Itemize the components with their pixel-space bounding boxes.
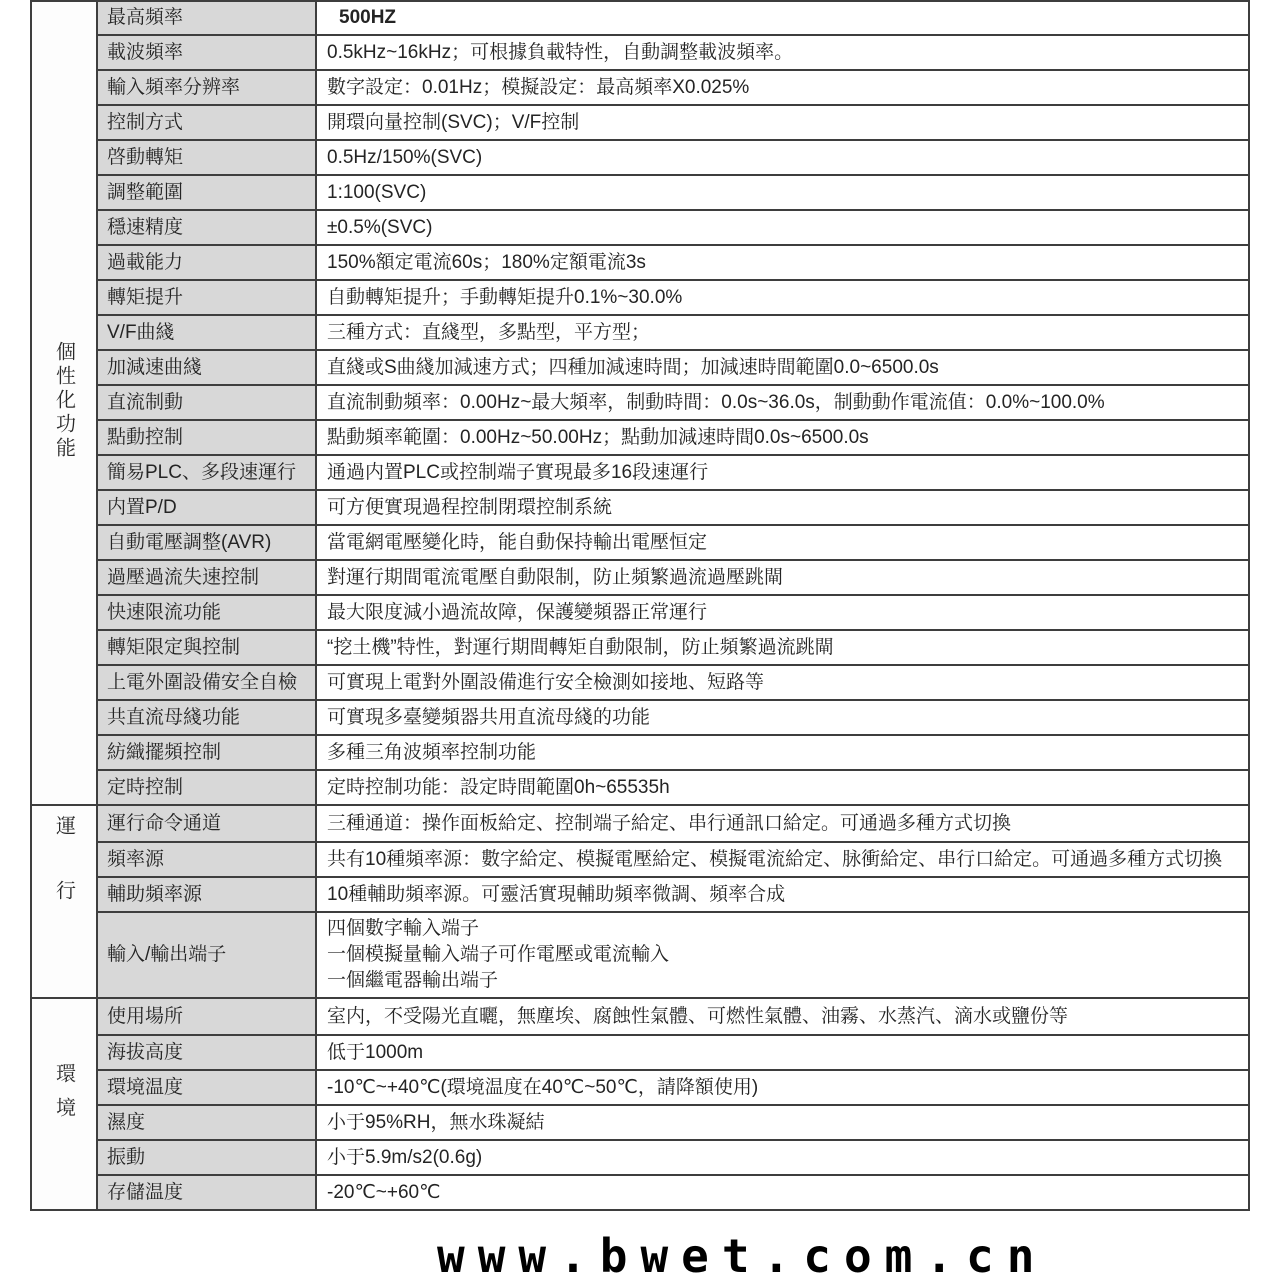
spec-value: 開環向量控制(SVC)；V/F控制	[327, 110, 579, 136]
spec-row: 定時控制定時控制功能：設定時間範圍0h~65535h	[98, 769, 1248, 804]
spec-label-cell: 快速限流功能	[98, 596, 317, 629]
spec-value-cell: 多種三角波頻率控制功能	[317, 736, 1248, 769]
spec-row: 啓動轉矩0.5Hz/150%(SVC)	[98, 139, 1248, 174]
spec-row: 簡易PLC、多段速運行通過内置PLC或控制端子實現最多16段速運行	[98, 454, 1248, 489]
spec-label-cell: 振動	[98, 1141, 317, 1174]
spec-label-cell: 過壓過流失速控制	[98, 561, 317, 594]
spec-label: 上電外圍設備安全自檢	[107, 672, 297, 694]
spec-value-cell: 10種輔助頻率源。可靈活實現輔助頻率微調、頻率合成	[317, 878, 1248, 911]
spec-label-cell: 定時控制	[98, 771, 317, 804]
spec-row: 載波頻率0.5kHz~16kHz；可根據負載特性，自動調整載波頻率。	[98, 34, 1248, 69]
spec-value: 可實現多臺變頻器共用直流母綫的功能	[327, 705, 650, 731]
spec-label-cell: 頻率源	[98, 843, 317, 876]
spec-label-cell: 使用場所	[98, 999, 317, 1034]
spec-row: 使用場所室内，不受陽光直曬，無塵埃、腐蝕性氣體、可燃性氣體、油霧、水蒸汽、滴水或…	[98, 999, 1248, 1034]
spec-label: 自動電壓調整(AVR)	[107, 532, 271, 554]
spec-value-cell: 低于1000m	[317, 1036, 1248, 1069]
category-label: 環境	[50, 1063, 79, 1131]
spec-label: 轉矩限定與控制	[107, 637, 240, 659]
spec-value: -20℃~+60℃	[327, 1180, 440, 1206]
spec-label: 加減速曲綫	[107, 357, 202, 379]
spec-row: 轉矩提升自動轉矩提升；手動轉矩提升0.1%~30.0%	[98, 279, 1248, 314]
spec-value: 點動頻率範圍：0.00Hz~50.00Hz；點動加減速時間0.0s~6500.0…	[327, 425, 869, 451]
spec-label-cell: 最高頻率	[98, 2, 317, 34]
spec-label-cell: 過載能力	[98, 246, 317, 279]
spec-label: 使用場所	[107, 1006, 183, 1028]
spec-value-cell: -20℃~+60℃	[317, 1176, 1248, 1209]
spec-value: 多種三角波頻率控制功能	[327, 740, 536, 766]
spec-row: 輸入頻率分辨率數字設定：0.01Hz；模擬設定：最高頻率X0.025%	[98, 69, 1248, 104]
spec-label-cell: 穩速精度	[98, 211, 317, 244]
spec-value-cell: 直綫或S曲綫加減速方式；四種加減速時間；加減速時間範圍0.0~6500.0s	[317, 351, 1248, 384]
spec-value-cell: 最大限度減小過流故障，保護變頻器正常運行	[317, 596, 1248, 629]
spec-label-cell: 紡織擺頻控制	[98, 736, 317, 769]
spec-value-cell: 小于95%RH，無水珠凝結	[317, 1106, 1248, 1139]
spec-value: 四個數字輸入端子 一個模擬量輸入端子可作電壓或電流輸入 一個繼電器輸出端子	[327, 916, 669, 994]
spec-section: 運行運行命令通道三種通道：操作面板給定、控制端子給定、串行通訊口給定。可通過多種…	[32, 804, 1248, 997]
spec-value: 數字設定：0.01Hz；模擬設定：最高頻率X0.025%	[327, 75, 749, 101]
spec-label: 輸入/輸出端子	[107, 944, 226, 966]
spec-label: 直流制動	[107, 392, 183, 414]
spec-label-cell: 環境温度	[98, 1071, 317, 1104]
spec-row: 直流制動直流制動頻率：0.00Hz~最大頻率，制動時間：0.0s~36.0s，制…	[98, 384, 1248, 419]
spec-label: 紡織擺頻控制	[107, 742, 221, 764]
spec-table: 個性化功能最高頻率500HZ載波頻率0.5kHz~16kHz；可根據負載特性，自…	[30, 0, 1250, 1211]
spec-label-cell: 濕度	[98, 1106, 317, 1139]
spec-value-cell: 點動頻率範圍：0.00Hz~50.00Hz；點動加減速時間0.0s~6500.0…	[317, 421, 1248, 454]
spec-row: 快速限流功能最大限度減小過流故障，保護變頻器正常運行	[98, 594, 1248, 629]
spec-value: 可實現上電對外圍設備進行安全檢測如接地、短路等	[327, 670, 764, 696]
spec-row: 環境温度-10℃~+40℃(環境温度在40℃~50℃，請降額使用)	[98, 1069, 1248, 1104]
spec-row: 點動控制點動頻率範圍：0.00Hz~50.00Hz；點動加減速時間0.0s~65…	[98, 419, 1248, 454]
spec-label: 簡易PLC、多段速運行	[107, 462, 296, 484]
spec-value: 通過内置PLC或控制端子實現最多16段速運行	[327, 460, 708, 486]
spec-label: 共直流母綫功能	[107, 707, 240, 729]
spec-row: 共直流母綫功能可實現多臺變頻器共用直流母綫的功能	[98, 699, 1248, 734]
spec-value-cell: 四個數字輸入端子 一個模擬量輸入端子可作電壓或電流輸入 一個繼電器輸出端子	[317, 913, 1248, 997]
spec-row: 轉矩限定與控制“挖土機”特性，對運行期間轉矩自動限制，防止頻繁過流跳閘	[98, 629, 1248, 664]
spec-label: 定時控制	[107, 777, 183, 799]
spec-value-cell: 定時控制功能：設定時間範圍0h~65535h	[317, 771, 1248, 804]
spec-value-cell: 0.5kHz~16kHz；可根據負載特性，自動調整載波頻率。	[317, 36, 1248, 69]
spec-value: 共有10種頻率源：數字給定、模擬電壓給定、模擬電流給定、脉衝給定、串行口給定。可…	[327, 847, 1222, 873]
spec-row: 穩速精度±0.5%(SVC)	[98, 209, 1248, 244]
spec-value-cell: “挖土機”特性，對運行期間轉矩自動限制，防止頻繁過流跳閘	[317, 631, 1248, 664]
spec-value: 150%額定電流60s；180%定額電流3s	[327, 250, 646, 276]
spec-row: 輸入/輸出端子四個數字輸入端子 一個模擬量輸入端子可作電壓或電流輸入 一個繼電器…	[98, 911, 1248, 997]
spec-row: 過壓過流失速控制對運行期間電流電壓自動限制，防止頻繁過流過壓跳閘	[98, 559, 1248, 594]
spec-value: 當電網電壓變化時，能自動保持輸出電壓恒定	[327, 530, 707, 556]
spec-value: 小于5.9m/s2(0.6g)	[327, 1145, 482, 1171]
spec-value-cell: -10℃~+40℃(環境温度在40℃~50℃，請降額使用)	[317, 1071, 1248, 1104]
spec-label-cell: 存儲温度	[98, 1176, 317, 1209]
spec-value: 1:100(SVC)	[327, 180, 426, 206]
spec-value: 對運行期間電流電壓自動限制，防止頻繁過流過壓跳閘	[327, 565, 783, 591]
spec-label: 輔助頻率源	[107, 884, 202, 906]
spec-value-cell: 三種通道：操作面板給定、控制端子給定、串行通訊口給定。可通過多種方式切換	[317, 806, 1248, 841]
spec-row: 振動小于5.9m/s2(0.6g)	[98, 1139, 1248, 1174]
spec-row: 海拔高度低于1000m	[98, 1034, 1248, 1069]
spec-value-cell: 三種方式：直綫型，多點型，平方型；	[317, 316, 1248, 349]
spec-label: V/F曲綫	[107, 322, 175, 344]
spec-label-cell: 轉矩提升	[98, 281, 317, 314]
spec-label: 啓動轉矩	[107, 147, 183, 169]
spec-value: 最大限度減小過流故障，保護變頻器正常運行	[327, 600, 707, 626]
category-label: 運行	[50, 815, 79, 945]
watermark: www.bwet.com.cn	[437, 1229, 1047, 1283]
spec-label: 環境温度	[107, 1077, 183, 1099]
spec-label-cell: 上電外圍設備安全自檢	[98, 666, 317, 699]
spec-value: ±0.5%(SVC)	[327, 215, 432, 241]
spec-value-cell: 數字設定：0.01Hz；模擬設定：最高頻率X0.025%	[317, 71, 1248, 104]
spec-label: 轉矩提升	[107, 287, 183, 309]
spec-label-cell: 調整範圍	[98, 176, 317, 209]
spec-label-cell: 啓動轉矩	[98, 141, 317, 174]
spec-value: 三種通道：操作面板給定、控制端子給定、串行通訊口給定。可通過多種方式切換	[327, 811, 1011, 837]
spec-label: 過壓過流失速控制	[107, 567, 259, 589]
spec-value-cell: 小于5.9m/s2(0.6g)	[317, 1141, 1248, 1174]
spec-value-cell: 1:100(SVC)	[317, 176, 1248, 209]
category-label: 個性化功能	[50, 341, 79, 461]
spec-label: 最高頻率	[107, 7, 183, 29]
spec-value: 可方便實現過程控制閉環控制系統	[327, 495, 612, 521]
spec-value: 三種方式：直綫型，多點型，平方型；	[327, 320, 650, 346]
spec-row: 内置P/D可方便實現過程控制閉環控制系統	[98, 489, 1248, 524]
spec-value: 低于1000m	[327, 1040, 423, 1066]
spec-label: 頻率源	[107, 849, 164, 871]
spec-value-cell: 室内，不受陽光直曬，無塵埃、腐蝕性氣體、可燃性氣體、油霧、水蒸汽、滴水或鹽份等	[317, 999, 1248, 1034]
spec-row: 存儲温度-20℃~+60℃	[98, 1174, 1248, 1209]
spec-value: 0.5kHz~16kHz；可根據負載特性，自動調整載波頻率。	[327, 40, 793, 66]
spec-value: 自動轉矩提升；手動轉矩提升0.1%~30.0%	[327, 285, 682, 311]
spec-value: -10℃~+40℃(環境温度在40℃~50℃，請降額使用)	[327, 1075, 758, 1101]
spec-value-cell: 直流制動頻率：0.00Hz~最大頻率，制動時間：0.0s~36.0s，制動動作電…	[317, 386, 1248, 419]
spec-section: 環境使用場所室内，不受陽光直曬，無塵埃、腐蝕性氣體、可燃性氣體、油霧、水蒸汽、滴…	[32, 997, 1248, 1209]
spec-label: 運行命令通道	[107, 813, 221, 835]
spec-label: 海拔高度	[107, 1042, 183, 1064]
spec-label-cell: 海拔高度	[98, 1036, 317, 1069]
spec-row: 上電外圍設備安全自檢可實現上電對外圍設備進行安全檢測如接地、短路等	[98, 664, 1248, 699]
spec-value-cell: 對運行期間電流電壓自動限制，防止頻繁過流過壓跳閘	[317, 561, 1248, 594]
spec-value-cell: 開環向量控制(SVC)；V/F控制	[317, 106, 1248, 139]
spec-value: 定時控制功能：設定時間範圍0h~65535h	[327, 775, 670, 801]
spec-row: 紡織擺頻控制多種三角波頻率控制功能	[98, 734, 1248, 769]
spec-label-cell: 控制方式	[98, 106, 317, 139]
spec-label-cell: 輔助頻率源	[98, 878, 317, 911]
spec-value: 小于95%RH，無水珠凝結	[327, 1110, 544, 1136]
category-cell: 運行	[32, 806, 98, 997]
category-cell: 個性化功能	[32, 2, 98, 804]
spec-value: 10種輔助頻率源。可靈活實現輔助頻率微調、頻率合成	[327, 882, 785, 908]
spec-row: 頻率源共有10種頻率源：數字給定、模擬電壓給定、模擬電流給定、脉衝給定、串行口給…	[98, 841, 1248, 876]
spec-value-cell: 通過内置PLC或控制端子實現最多16段速運行	[317, 456, 1248, 489]
spec-value-cell: 共有10種頻率源：數字給定、模擬電壓給定、模擬電流給定、脉衝給定、串行口給定。可…	[317, 843, 1248, 876]
spec-label: 控制方式	[107, 112, 183, 134]
spec-label: 内置P/D	[107, 497, 177, 519]
spec-value-cell: 500HZ	[317, 2, 1248, 34]
spec-value: 500HZ	[327, 5, 396, 31]
spec-row: 自動電壓調整(AVR)當電網電壓變化時，能自動保持輸出電壓恒定	[98, 524, 1248, 559]
spec-label: 調整範圍	[107, 182, 183, 204]
spec-label: 輸入頻率分辨率	[107, 77, 240, 99]
spec-label: 濕度	[107, 1112, 145, 1134]
spec-value-cell: 當電網電壓變化時，能自動保持輸出電壓恒定	[317, 526, 1248, 559]
spec-row: 輔助頻率源10種輔助頻率源。可靈活實現輔助頻率微調、頻率合成	[98, 876, 1248, 911]
spec-value: “挖土機”特性，對運行期間轉矩自動限制，防止頻繁過流跳閘	[327, 635, 834, 661]
spec-value-cell: ±0.5%(SVC)	[317, 211, 1248, 244]
spec-value: 0.5Hz/150%(SVC)	[327, 145, 482, 171]
spec-label-cell: 運行命令通道	[98, 806, 317, 841]
spec-value: 室内，不受陽光直曬，無塵埃、腐蝕性氣體、可燃性氣體、油霧、水蒸汽、滴水或鹽份等	[327, 1004, 1068, 1030]
spec-label: 載波頻率	[107, 42, 183, 64]
spec-label-cell: 直流制動	[98, 386, 317, 419]
spec-value-cell: 0.5Hz/150%(SVC)	[317, 141, 1248, 174]
spec-value-cell: 自動轉矩提升；手動轉矩提升0.1%~30.0%	[317, 281, 1248, 314]
spec-value-cell: 150%額定電流60s；180%定額電流3s	[317, 246, 1248, 279]
spec-row: 運行命令通道三種通道：操作面板給定、控制端子給定、串行通訊口給定。可通過多種方式…	[98, 806, 1248, 841]
spec-row: 過載能力150%額定電流60s；180%定額電流3s	[98, 244, 1248, 279]
spec-label-cell: 加減速曲綫	[98, 351, 317, 384]
spec-label: 振動	[107, 1147, 145, 1169]
spec-section: 個性化功能最高頻率500HZ載波頻率0.5kHz~16kHz；可根據負載特性，自…	[32, 2, 1248, 804]
spec-label: 存儲温度	[107, 1182, 183, 1204]
spec-row: 調整範圍1:100(SVC)	[98, 174, 1248, 209]
spec-label: 點動控制	[107, 427, 183, 449]
spec-label-cell: 内置P/D	[98, 491, 317, 524]
spec-label-cell: 共直流母綫功能	[98, 701, 317, 734]
spec-value-cell: 可方便實現過程控制閉環控制系統	[317, 491, 1248, 524]
spec-label: 過載能力	[107, 252, 183, 274]
spec-value-cell: 可實現多臺變頻器共用直流母綫的功能	[317, 701, 1248, 734]
spec-row: 濕度小于95%RH，無水珠凝結	[98, 1104, 1248, 1139]
spec-label-cell: V/F曲綫	[98, 316, 317, 349]
spec-row: 控制方式開環向量控制(SVC)；V/F控制	[98, 104, 1248, 139]
spec-label-cell: 輸入頻率分辨率	[98, 71, 317, 104]
category-cell: 環境	[32, 999, 98, 1209]
spec-label: 穩速精度	[107, 217, 183, 239]
spec-row: V/F曲綫三種方式：直綫型，多點型，平方型；	[98, 314, 1248, 349]
spec-label: 快速限流功能	[107, 602, 221, 624]
spec-label-cell: 載波頻率	[98, 36, 317, 69]
spec-label-cell: 簡易PLC、多段速運行	[98, 456, 317, 489]
spec-label-cell: 轉矩限定與控制	[98, 631, 317, 664]
spec-label-cell: 點動控制	[98, 421, 317, 454]
spec-row: 最高頻率500HZ	[98, 2, 1248, 34]
spec-value-cell: 可實現上電對外圍設備進行安全檢測如接地、短路等	[317, 666, 1248, 699]
spec-label-cell: 輸入/輸出端子	[98, 913, 317, 997]
spec-value: 直綫或S曲綫加減速方式；四種加減速時間；加減速時間範圍0.0~6500.0s	[327, 355, 939, 381]
spec-value: 直流制動頻率：0.00Hz~最大頻率，制動時間：0.0s~36.0s，制動動作電…	[327, 390, 1105, 416]
spec-row: 加減速曲綫直綫或S曲綫加減速方式；四種加減速時間；加減速時間範圍0.0~6500…	[98, 349, 1248, 384]
spec-label-cell: 自動電壓調整(AVR)	[98, 526, 317, 559]
